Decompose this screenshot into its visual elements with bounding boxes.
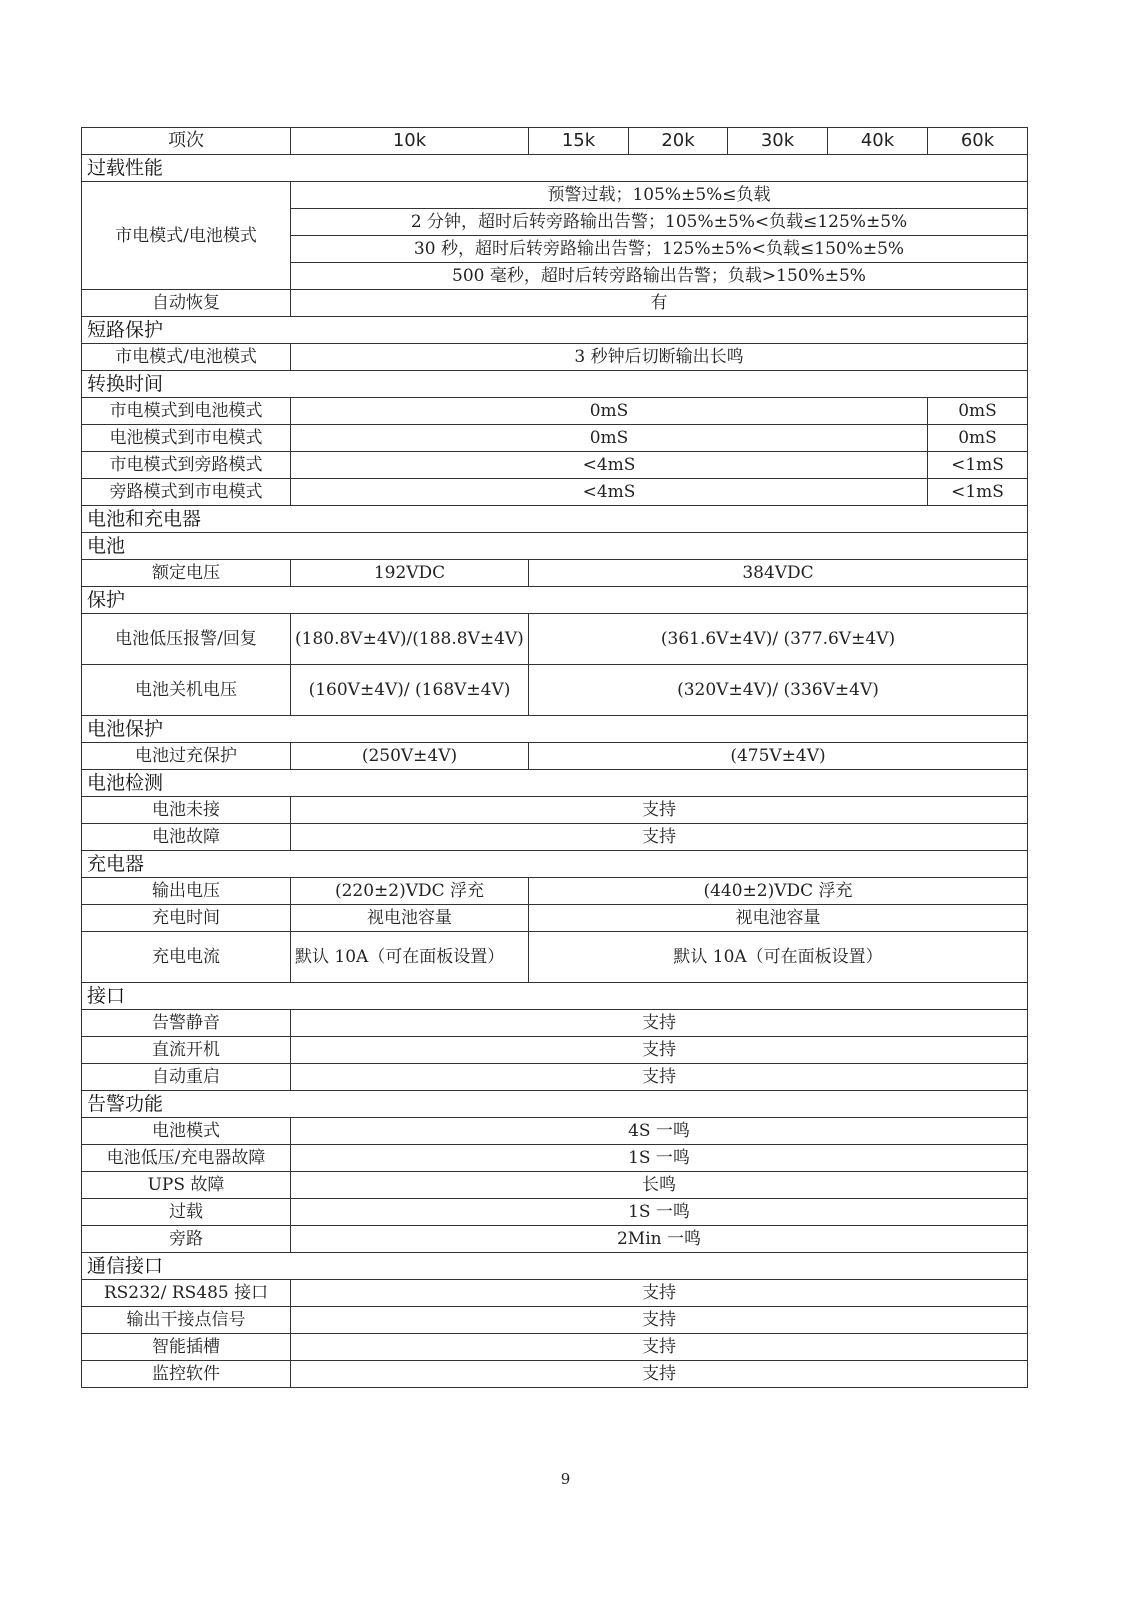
row-value-10k: (220±2)VDC 浮充 bbox=[291, 878, 529, 905]
row-label: 电池模式到市电模式 bbox=[82, 425, 291, 452]
page-number: 9 bbox=[0, 1470, 1131, 1488]
row-value-60k: 0mS bbox=[928, 425, 1028, 452]
header-10k: 10k bbox=[291, 128, 529, 155]
row-label: 市电模式到电池模式 bbox=[82, 398, 291, 425]
row-label: 市电模式/电池模式 bbox=[82, 344, 291, 371]
row-label: 旁路模式到市电模式 bbox=[82, 479, 291, 506]
row-value-10k: (160V±4V)/ (168V±4V) bbox=[291, 665, 529, 716]
overload-line: 500 毫秒，超时后转旁路输出告警；负载>150%±5% bbox=[291, 263, 1028, 290]
row-value: 视电池容量 bbox=[529, 905, 1028, 932]
row-label: UPS 故障 bbox=[82, 1172, 291, 1199]
header-20k: 20k bbox=[629, 128, 728, 155]
row-label: 市电模式到旁路模式 bbox=[82, 452, 291, 479]
row-value-10k: 视电池容量 bbox=[291, 905, 529, 932]
section-short-circuit: 短路保护 bbox=[82, 317, 1028, 344]
section-comm: 通信接口 bbox=[82, 1253, 1028, 1280]
row-value: 支持 bbox=[291, 1037, 1028, 1064]
row-value-60k: <1mS bbox=[928, 452, 1028, 479]
row-value: (475V±4V) bbox=[529, 743, 1028, 770]
row-value: 支持 bbox=[291, 1010, 1028, 1037]
section-transfer: 转换时间 bbox=[82, 371, 1028, 398]
row-value-60k: 0mS bbox=[928, 398, 1028, 425]
row-value: 默认 10A（可在面板设置） bbox=[529, 932, 1028, 983]
row-label: 电池过充保护 bbox=[82, 743, 291, 770]
row-label: 额定电压 bbox=[82, 560, 291, 587]
row-value-60k: <1mS bbox=[928, 479, 1028, 506]
section-overload: 过载性能 bbox=[82, 155, 1028, 182]
row-label: 充电时间 bbox=[82, 905, 291, 932]
row-label: 自动重启 bbox=[82, 1064, 291, 1091]
row-label: 智能插槽 bbox=[82, 1334, 291, 1361]
section-protection: 保护 bbox=[82, 587, 1028, 614]
row-value: 3 秒钟后切断输出长鸣 bbox=[291, 344, 1028, 371]
row-label: 充电电流 bbox=[82, 932, 291, 983]
row-value-10k: 默认 10A（可在面板设置） bbox=[291, 932, 529, 983]
row-label: RS232/ RS485 接口 bbox=[82, 1280, 291, 1307]
overload-line: 30 秒，超时后转旁路输出告警；125%±5%<负载≤150%±5% bbox=[291, 236, 1028, 263]
section-alarm: 告警功能 bbox=[82, 1091, 1028, 1118]
row-label: 过载 bbox=[82, 1199, 291, 1226]
row-value: 支持 bbox=[291, 1307, 1028, 1334]
row-label: 自动恢复 bbox=[82, 290, 291, 317]
row-label: 电池模式 bbox=[82, 1118, 291, 1145]
row-label: 监控软件 bbox=[82, 1361, 291, 1388]
header-40k: 40k bbox=[828, 128, 928, 155]
row-value: 支持 bbox=[291, 797, 1028, 824]
row-value: 1S 一鸣 bbox=[291, 1145, 1028, 1172]
row-value: 有 bbox=[291, 290, 1028, 317]
row-value: 1S 一鸣 bbox=[291, 1199, 1028, 1226]
row-label: 输出干接点信号 bbox=[82, 1307, 291, 1334]
row-value: 4S 一鸣 bbox=[291, 1118, 1028, 1145]
row-value: <4mS bbox=[291, 452, 928, 479]
row-label: 电池低压报警/回复 bbox=[82, 614, 291, 665]
row-label: 电池未接 bbox=[82, 797, 291, 824]
section-battery-detect: 电池检测 bbox=[82, 770, 1028, 797]
section-battery: 电池 bbox=[82, 533, 1028, 560]
row-value: <4mS bbox=[291, 479, 928, 506]
row-value: 0mS bbox=[291, 425, 928, 452]
header-30k: 30k bbox=[728, 128, 828, 155]
row-value: 支持 bbox=[291, 1361, 1028, 1388]
row-value: (361.6V±4V)/ (377.6V±4V) bbox=[529, 614, 1028, 665]
row-value-10k: 192VDC bbox=[291, 560, 529, 587]
overload-line: 预警过载；105%±5%≤负载 bbox=[291, 182, 1028, 209]
row-value: (320V±4V)/ (336V±4V) bbox=[529, 665, 1028, 716]
row-value: 支持 bbox=[291, 824, 1028, 851]
section-battery-protection: 电池保护 bbox=[82, 716, 1028, 743]
row-value: 384VDC bbox=[529, 560, 1028, 587]
row-label: 直流开机 bbox=[82, 1037, 291, 1064]
header-15k: 15k bbox=[529, 128, 629, 155]
row-label: 市电模式/电池模式 bbox=[82, 182, 291, 290]
spec-table: 项次 10k 15k 20k 30k 40k 60k 过载性能 市电模式/电池模… bbox=[81, 127, 1028, 1388]
header-item: 项次 bbox=[82, 128, 291, 155]
header-row: 项次 10k 15k 20k 30k 40k 60k bbox=[82, 128, 1028, 155]
row-value: (440±2)VDC 浮充 bbox=[529, 878, 1028, 905]
row-label: 告警静音 bbox=[82, 1010, 291, 1037]
row-value-10k: (180.8V±4V)/(188.8V±4V) bbox=[291, 614, 529, 665]
row-value: 支持 bbox=[291, 1280, 1028, 1307]
row-value: 支持 bbox=[291, 1064, 1028, 1091]
row-label: 输出电压 bbox=[82, 878, 291, 905]
header-60k: 60k bbox=[928, 128, 1028, 155]
row-label: 电池关机电压 bbox=[82, 665, 291, 716]
overload-line: 2 分钟，超时后转旁路输出告警；105%±5%<负载≤125%±5% bbox=[291, 209, 1028, 236]
row-label: 旁路 bbox=[82, 1226, 291, 1253]
row-label: 电池故障 bbox=[82, 824, 291, 851]
section-charger: 充电器 bbox=[82, 851, 1028, 878]
section-battery-charger: 电池和充电器 bbox=[82, 506, 1028, 533]
section-interface: 接口 bbox=[82, 983, 1028, 1010]
row-value: 支持 bbox=[291, 1334, 1028, 1361]
row-label: 电池低压/充电器故障 bbox=[82, 1145, 291, 1172]
row-value: 2Min 一鸣 bbox=[291, 1226, 1028, 1253]
row-value-10k: (250V±4V) bbox=[291, 743, 529, 770]
row-value: 0mS bbox=[291, 398, 928, 425]
row-value: 长鸣 bbox=[291, 1172, 1028, 1199]
